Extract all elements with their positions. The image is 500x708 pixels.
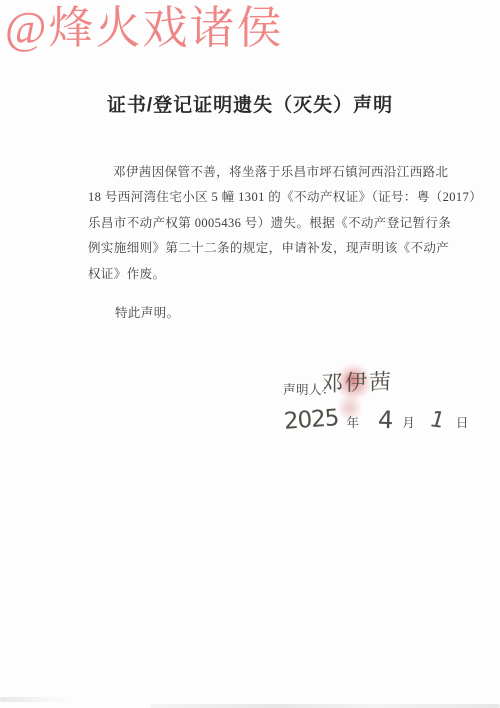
handwritten-day: 1 <box>427 409 447 433</box>
body-line: 邓伊茜因保管不善，将坐落于乐昌市坪石镇河西沿江西路北 <box>88 160 463 185</box>
scan-edge-shadow <box>150 704 500 708</box>
body-line: 18 号西河湾住宅小区 5 幢 1301 的《不动产权证》（证号：粤（2017） <box>88 185 463 210</box>
scan-edge-smudge <box>0 697 70 702</box>
month-label: 月 <box>402 417 415 434</box>
handwritten-signature: 邓伊茜 <box>321 365 393 399</box>
closing-statement: 特此声明。 <box>88 301 180 326</box>
handwritten-year: 2025 <box>283 407 339 435</box>
date-row: 2025 年 4 月 1 日 <box>284 408 468 433</box>
year-label: 年 <box>347 417 360 434</box>
body-line: 例实施细则》第二十二条的规定，申请补发，现声明该《不动产 <box>88 236 463 261</box>
day-label: 日 <box>456 417 469 434</box>
page-title: 证书/登记证明遗失（灭失）声明 <box>0 90 500 117</box>
handwritten-month: 4 <box>378 408 394 434</box>
body-line: 乐昌市不动产权第 0005436 号）遗失。根据《不动产登记暂行条 <box>88 211 463 236</box>
body-paragraph: 邓伊茜因保管不善，将坐落于乐昌市坪石镇河西沿江西路北 18 号西河湾住宅小区 5… <box>88 160 463 287</box>
body-line: 权证》作废。 <box>88 262 463 287</box>
watermark-text: @烽火戏诸侯 <box>5 0 283 56</box>
scanned-declaration-page: @烽火戏诸侯 证书/登记证明遗失（灭失）声明 邓伊茜因保管不善，将坐落于乐昌市坪… <box>0 0 500 708</box>
